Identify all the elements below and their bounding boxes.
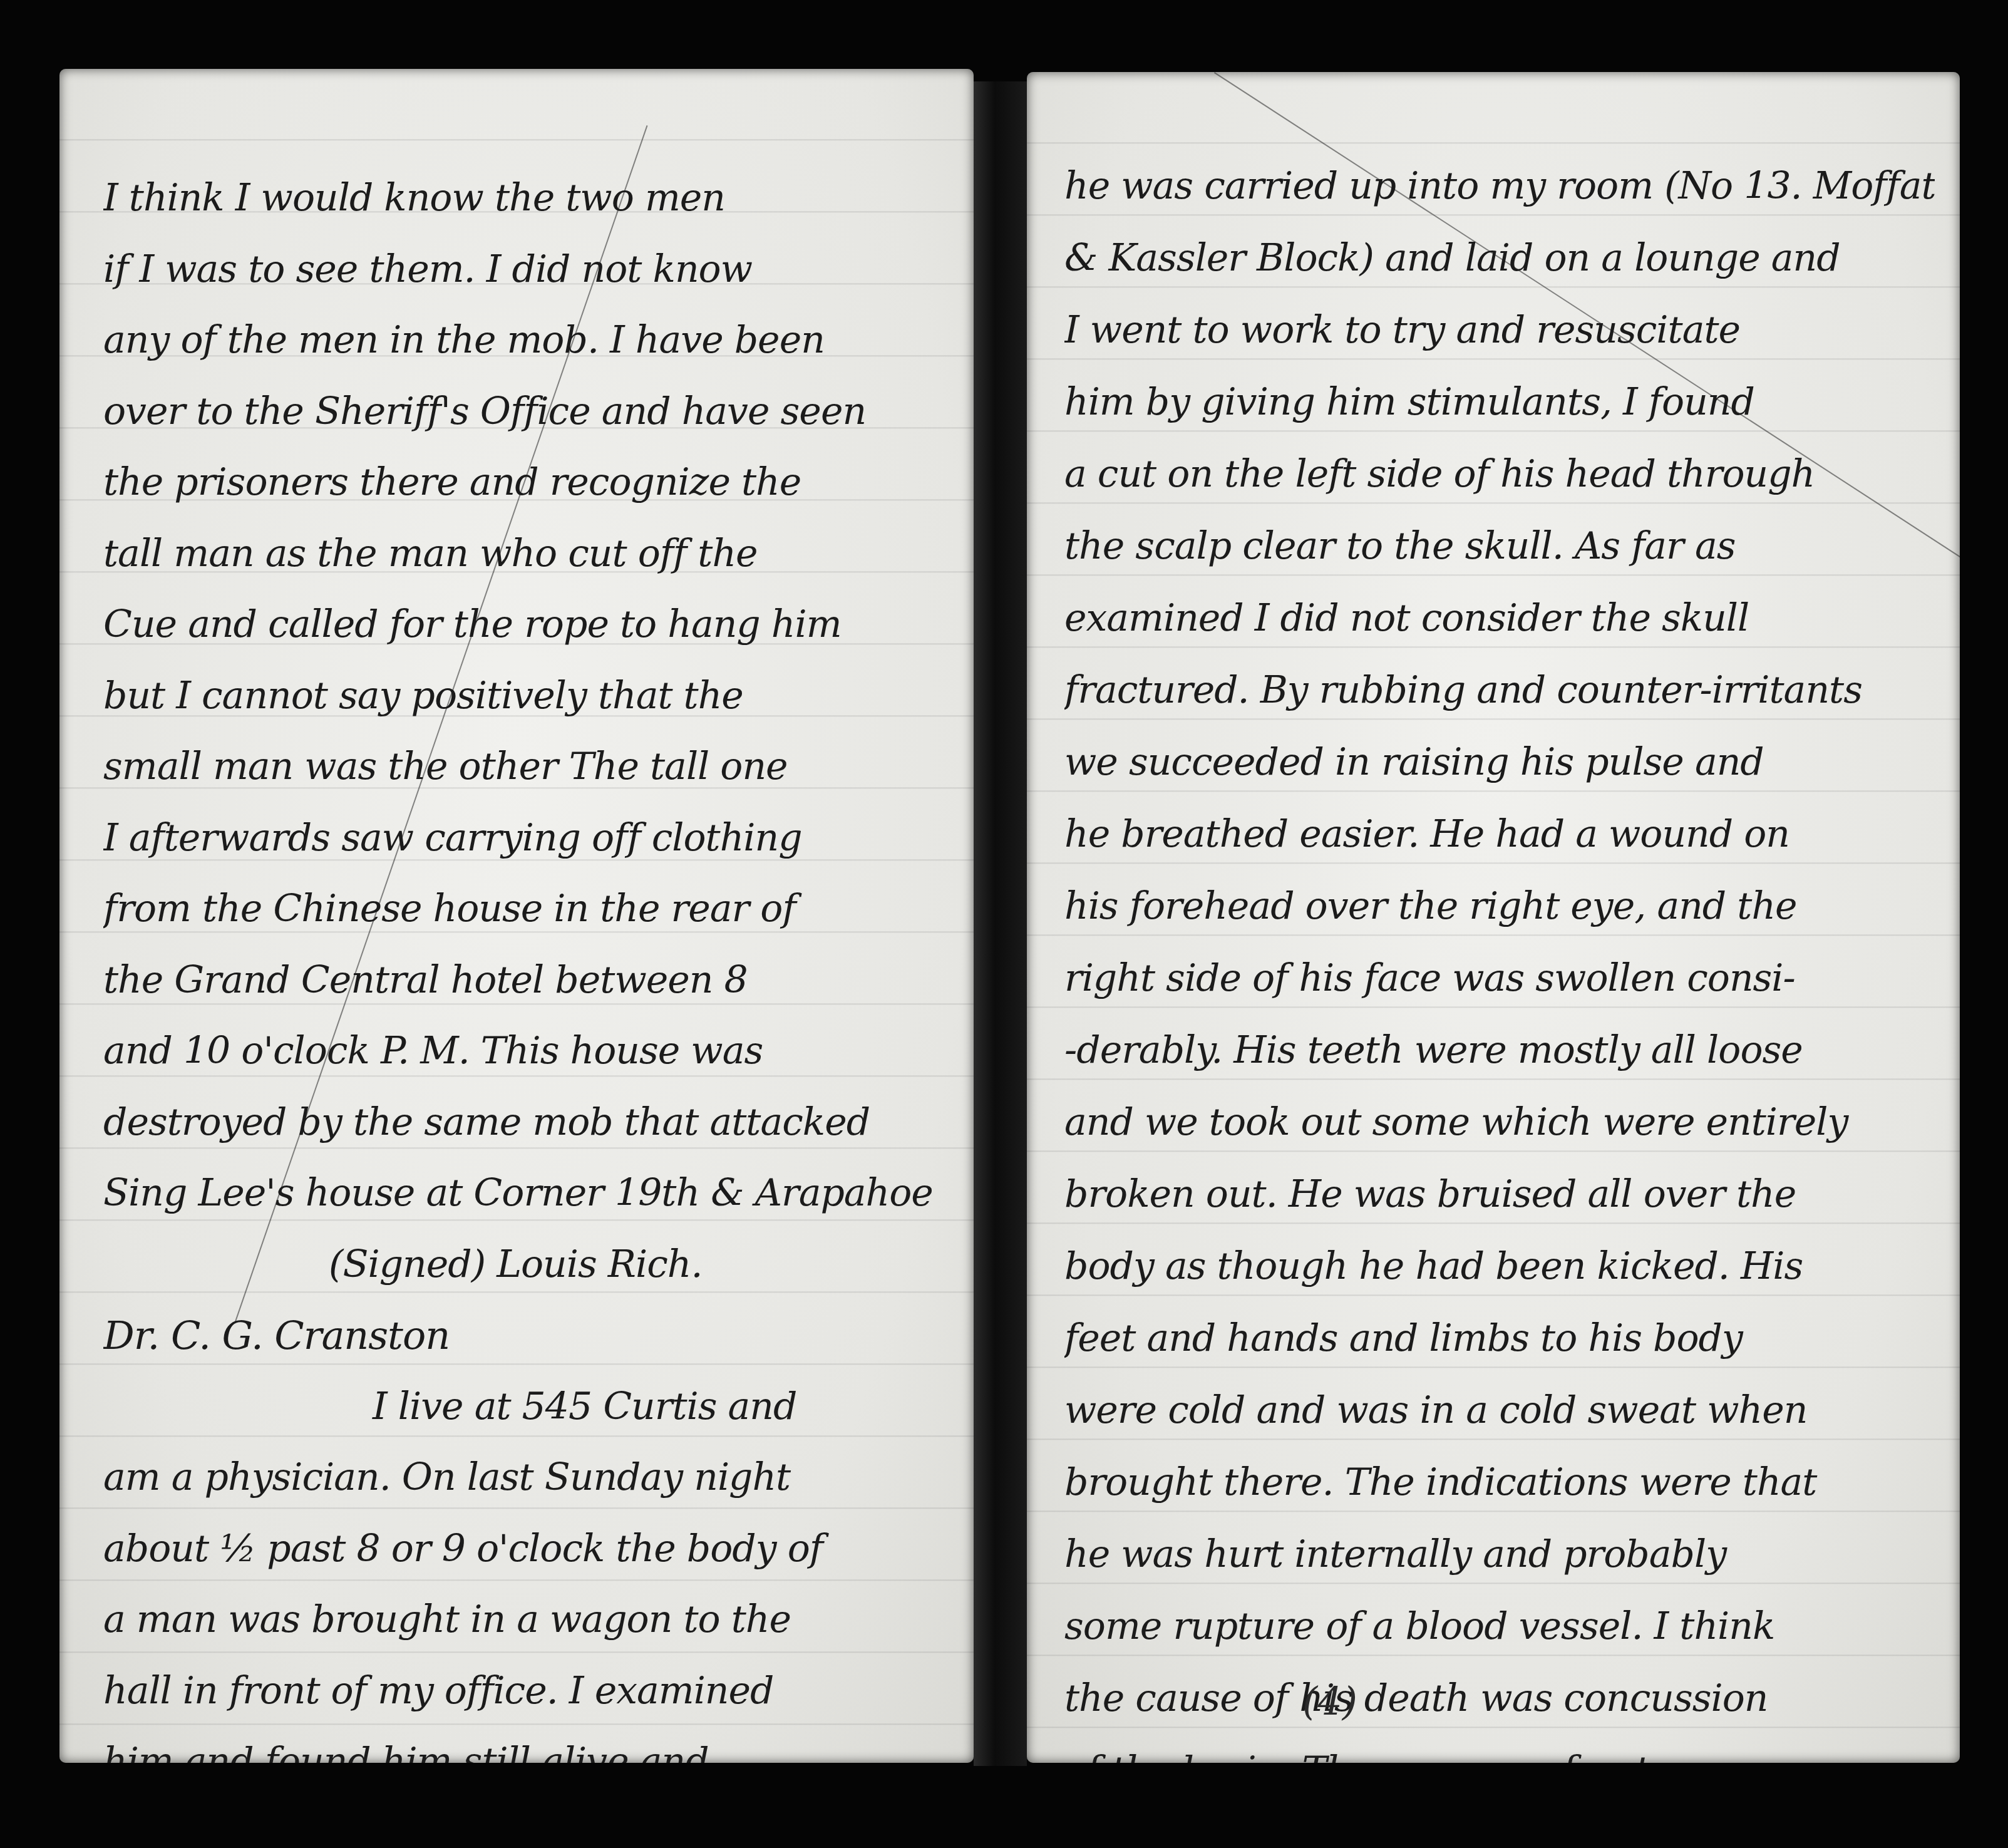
text-line: Cue and called for the rope to hang him (103, 589, 949, 661)
text-line: a man was brought in a wagon to the (103, 1584, 949, 1656)
left-page-text: I think I would know the two men if I wa… (103, 163, 949, 1763)
text-line: I went to work to try and resuscitate (1064, 294, 1935, 366)
text-line: examined I did not consider the skull (1064, 582, 1935, 654)
text-line: the Grand Central hotel between 8 (103, 945, 949, 1016)
text-line: he was hurt internally and probably (1064, 1519, 1935, 1591)
text-line: -derably. His teeth were mostly all loos… (1064, 1014, 1935, 1087)
witness-heading: Dr. C. G. Cranston (103, 1300, 949, 1371)
right-page: he was carried up into my room (No 13. M… (1027, 72, 1960, 1763)
text-line: but I cannot say positively that the (103, 661, 949, 732)
text-line: Sing Lee's house at Corner 19th & Arapah… (103, 1158, 949, 1229)
text-line: I afterwards saw carrying off clothing (103, 803, 949, 874)
text-line: of the brain. There was no fracture (1064, 1735, 1935, 1763)
text-line: from the Chinese house in the rear of (103, 874, 949, 945)
text-line: right side of his face was swollen consi… (1064, 942, 1935, 1014)
text-line: destroyed by the same mob that attacked (103, 1087, 949, 1159)
left-page: I think I would know the two men if I wa… (59, 69, 974, 1763)
text-line: & Kassler Block) and laid on a lounge an… (1064, 222, 1935, 294)
text-line: him and found him still alive and (103, 1727, 949, 1763)
text-line: broken out. He was bruised all over the (1064, 1159, 1935, 1231)
text-line: him by giving him stimulants, I found (1064, 366, 1935, 438)
right-page-text: he was carried up into my room (No 13. M… (1064, 150, 1935, 1763)
text-line: am a physician. On last Sunday night (103, 1442, 949, 1514)
book-gutter (974, 81, 1027, 1766)
text-line: about ½ past 8 or 9 o'clock the body of (103, 1514, 949, 1585)
text-line: the prisoners there and recognize the (103, 447, 949, 519)
text-line: his forehead over the right eye, and the (1064, 870, 1935, 942)
text-line: if I was to see them. I did not know (103, 234, 949, 306)
text-line: small man was the other The tall one (103, 731, 949, 803)
text-line: he was carried up into my room (No 13. M… (1064, 150, 1935, 222)
text-line: hall in front of my office. I examined (103, 1656, 949, 1727)
text-line: we succeeded in raising his pulse and (1064, 726, 1935, 798)
text-line: he breathed easier. He had a wound on (1064, 798, 1935, 870)
text-line: the cause of his death was concussion (1064, 1663, 1935, 1735)
text-line: fractured. By rubbing and counter-irrita… (1064, 654, 1935, 726)
text-line: and we took out some which were entirely (1064, 1087, 1935, 1159)
text-line: brought there. The indications were that (1064, 1447, 1935, 1519)
text-line: a cut on the left side of his head throu… (1064, 438, 1935, 510)
text-line: body as though he had been kicked. His (1064, 1231, 1935, 1303)
text-line: I think I would know the two men (103, 163, 949, 234)
text-line: and 10 o'clock P. M. This house was (103, 1016, 949, 1087)
text-line: some rupture of a blood vessel. I think (1064, 1591, 1935, 1663)
text-line: over to the Sheriff's Office and have se… (103, 376, 949, 448)
page-number: (4) (1302, 1678, 1357, 1724)
text-line: tall man as the man who cut off the (103, 519, 949, 590)
text-line: the scalp clear to the skull. As far as (1064, 510, 1935, 582)
text-line: any of the men in the mob. I have been (103, 305, 949, 376)
text-line: were cold and was in a cold sweat when (1064, 1375, 1935, 1447)
text-line: I live at 545 Curtis and (103, 1371, 949, 1443)
signature-line: (Signed) Louis Rich. (103, 1229, 949, 1301)
text-line: feet and hands and limbs to his body (1064, 1303, 1935, 1375)
